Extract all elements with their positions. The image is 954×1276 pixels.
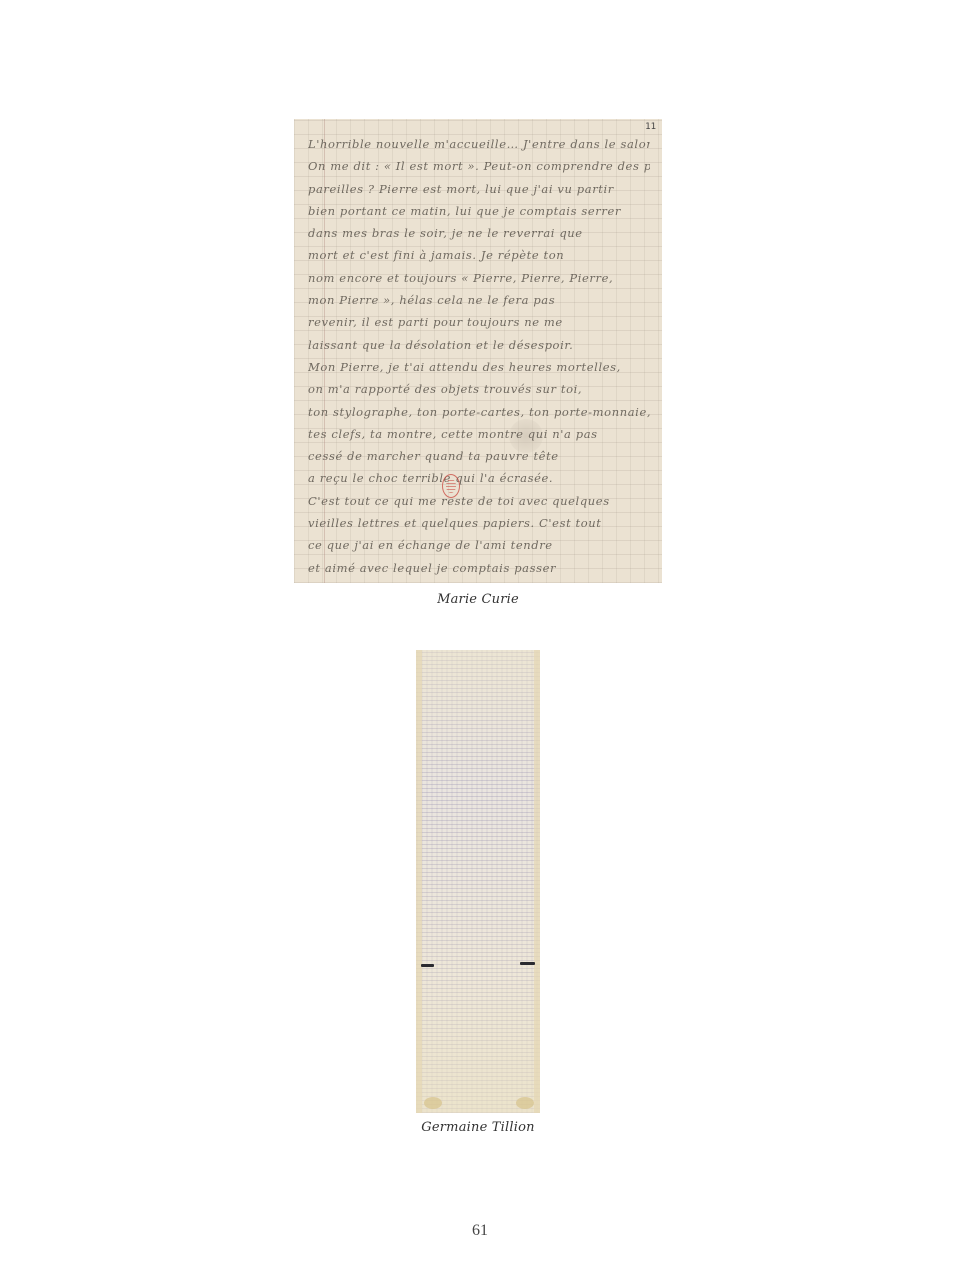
handwriting-line: ma vie. — [308, 579, 650, 583]
library-stamp-icon — [442, 474, 460, 498]
ink-mark — [421, 964, 434, 967]
manuscript-page-number: 11 — [645, 122, 656, 132]
handwriting-line: dans mes bras le soir, je ne le reverrai… — [308, 222, 650, 244]
page-number: 61 — [440, 1222, 520, 1240]
handwriting-line: vieilles lettres et quelques papiers. C'… — [308, 512, 650, 534]
handwriting-line: a reçu le choc terrible qui l'a écrasée. — [308, 467, 650, 489]
handwriting-line: Mon Pierre, je t'ai attendu des heures m… — [308, 356, 650, 378]
germaine-tillion-manuscript-image — [416, 650, 540, 1113]
paper-stain — [424, 1097, 442, 1109]
handwriting-lines: L'horrible nouvelle m'accueille… J'entre… — [308, 133, 650, 583]
handwriting-line: L'horrible nouvelle m'accueille… J'entre… — [308, 133, 650, 155]
figure-caption-curie: Marie Curie — [294, 592, 662, 607]
marie-curie-manuscript-image: 11 L'horrible nouvelle m'accueille… J'en… — [294, 119, 662, 583]
ink-mark — [520, 962, 535, 965]
handwriting-line: mort et c'est fini à jamais. Je répète t… — [308, 244, 650, 266]
handwriting-line: et aimé avec lequel je comptais passer — [308, 557, 650, 579]
handwriting-line: pareilles ? Pierre est mort, lui que j'a… — [308, 178, 650, 200]
handwriting-line: ton stylographe, ton porte-cartes, ton p… — [308, 401, 650, 423]
figure-caption-tillion: Germaine Tillion — [380, 1120, 576, 1135]
handwriting-line: nom encore et toujours « Pierre, Pierre,… — [308, 267, 650, 289]
handwriting-line: bien portant ce matin, lui que je compta… — [308, 200, 650, 222]
handwriting-line: mon Pierre », hélas cela ne le fera pas — [308, 289, 650, 311]
handwriting-line: revenir, il est parti pour toujours ne m… — [308, 311, 650, 333]
handwriting-line: cessé de marcher quand ta pauvre tête — [308, 445, 650, 467]
paper-edge — [416, 650, 422, 1113]
paper-stain — [516, 1097, 534, 1109]
handwriting-line: ce que j'ai en échange de l'ami tendre — [308, 534, 650, 556]
handwriting-line: laissant que la désolation et le désespo… — [308, 334, 650, 356]
handwriting-line: C'est tout ce qui me reste de toi avec q… — [308, 490, 650, 512]
handwriting-line: on m'a rapporté des objets trouvés sur t… — [308, 378, 650, 400]
handwriting-line: On me dit : « Il est mort ». Peut-on com… — [308, 155, 650, 177]
handwriting-line: tes clefs, ta montre, cette montre qui n… — [308, 423, 650, 445]
paper-edge — [534, 650, 540, 1113]
